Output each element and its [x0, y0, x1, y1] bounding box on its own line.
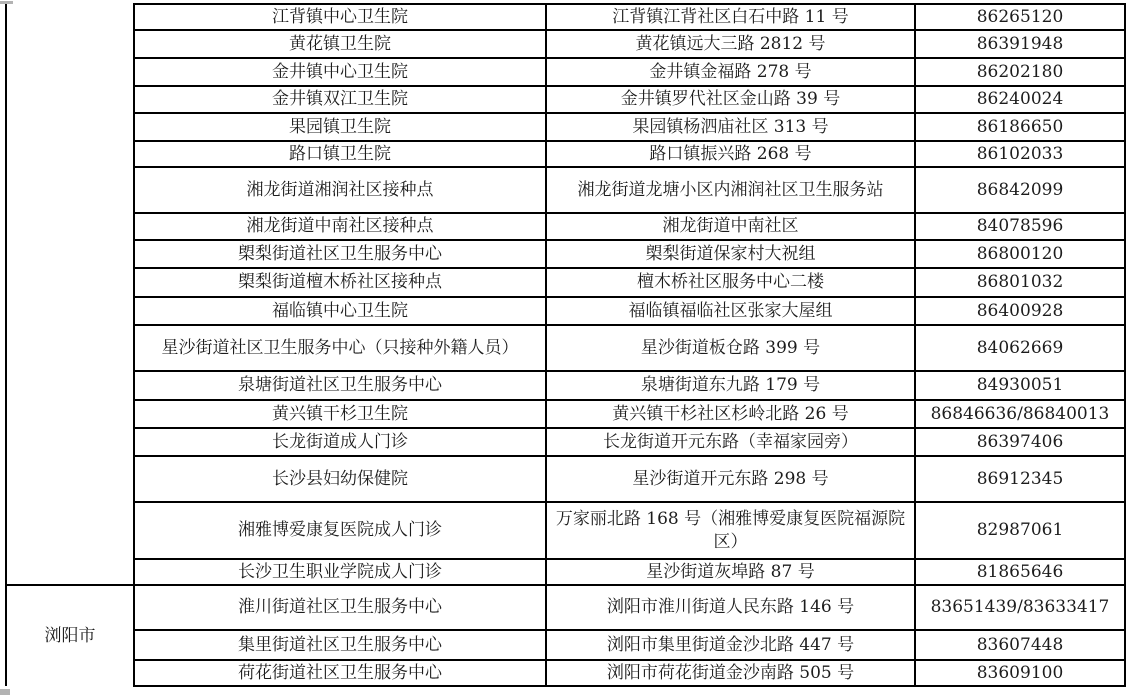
- site-name-cell: 湘雅博爱康复医院成人门诊: [134, 502, 546, 559]
- phone-cell: 86800120: [915, 240, 1125, 268]
- address-cell: 金井镇金福路 278 号: [546, 58, 915, 86]
- site-name-cell: 湘龙街道湘润社区接种点: [134, 167, 546, 213]
- site-name-cell: 果园镇卫生院: [134, 113, 546, 141]
- address-cell: 星沙街道板仓路 399 号: [546, 325, 915, 371]
- table-row: 路口镇卫生院路口镇振兴路 268 号86102033: [6, 141, 1125, 167]
- phone-cell: 86397406: [915, 428, 1125, 456]
- table-row: 金井镇中心卫生院金井镇金福路 278 号86202180: [6, 58, 1125, 86]
- site-name-cell: 路口镇卫生院: [134, 141, 546, 167]
- phone-cell: 86400928: [915, 297, 1125, 325]
- address-cell: 果园镇杨泗庙社区 313 号: [546, 113, 915, 141]
- table-row: 湘龙街道湘润社区接种点湘龙街道龙塘小区内湘润社区卫生服务站86842099: [6, 167, 1125, 213]
- address-cell: 黄花镇远大三路 2812 号: [546, 30, 915, 58]
- phone-cell: 81865646: [915, 559, 1125, 585]
- site-name-cell: 㮾梨街道社区卫生服务中心: [134, 240, 546, 268]
- table-row: 㮾梨街道社区卫生服务中心㮾梨街道保家村大祝组86800120: [6, 240, 1125, 268]
- phone-cell: 86186650: [915, 113, 1125, 141]
- address-cell: 长龙街道开元东路（幸福家园旁）: [546, 428, 915, 456]
- address-cell: 金井镇罗代社区金山路 39 号: [546, 86, 915, 113]
- address-cell: 福临镇福临社区张家大屋组: [546, 297, 915, 325]
- city-cell: [6, 4, 134, 585]
- site-name-cell: 星沙街道社区卫生服务中心（只接种外籍人员）: [134, 325, 546, 371]
- table-row: 集里街道社区卫生服务中心浏阳市集里街道金沙北路 447 号83607448: [6, 630, 1125, 660]
- site-name-cell: 湘龙街道中南社区接种点: [134, 213, 546, 240]
- table-row: 荷花街道社区卫生服务中心浏阳市荷花街道金沙南路 505 号83609100: [6, 660, 1125, 686]
- phone-cell: 86801032: [915, 268, 1125, 297]
- address-cell: 万家丽北路 168 号（湘雅博爱康复医院福源院区）: [546, 502, 915, 559]
- phone-cell: 86102033: [915, 141, 1125, 167]
- address-cell: 星沙街道开元东路 298 号: [546, 456, 915, 502]
- phone-cell: 83651439/83633417: [915, 585, 1125, 630]
- site-name-cell: 福临镇中心卫生院: [134, 297, 546, 325]
- table-row: 泉塘街道社区卫生服务中心泉塘街道东九路 179 号84930051: [6, 371, 1125, 400]
- phone-cell: 86842099: [915, 167, 1125, 213]
- address-cell: 湘龙街道中南社区: [546, 213, 915, 240]
- table-row: 金井镇双江卫生院金井镇罗代社区金山路 39 号86240024: [6, 86, 1125, 113]
- address-cell: 黄兴镇干杉社区杉岭北路 26 号: [546, 400, 915, 428]
- site-name-cell: 泉塘街道社区卫生服务中心: [134, 371, 546, 400]
- phone-cell: 86265120: [915, 4, 1125, 30]
- site-name-cell: 江背镇中心卫生院: [134, 4, 546, 30]
- city-cell: 浏阳市: [6, 585, 134, 686]
- address-cell: 湘龙街道龙塘小区内湘润社区卫生服务站: [546, 167, 915, 213]
- table-row: 湘龙街道中南社区接种点湘龙街道中南社区84078596: [6, 213, 1125, 240]
- address-cell: 浏阳市荷花街道金沙南路 505 号: [546, 660, 915, 686]
- table-row: 福临镇中心卫生院福临镇福临社区张家大屋组86400928: [6, 297, 1125, 325]
- site-name-cell: 黄花镇卫生院: [134, 30, 546, 58]
- address-cell: 浏阳市集里街道金沙北路 447 号: [546, 630, 915, 660]
- table-row: 㮾梨街道檀木桥社区接种点檀木桥社区服务中心二楼86801032: [6, 268, 1125, 297]
- table-row: 江背镇中心卫生院江背镇江背社区白石中路 11 号86265120: [6, 4, 1125, 30]
- document-page: 江背镇中心卫生院江背镇江背社区白石中路 11 号86265120黄花镇卫生院黄花…: [0, 0, 1130, 695]
- site-name-cell: 长龙街道成人门诊: [134, 428, 546, 456]
- site-name-cell: 荷花街道社区卫生服务中心: [134, 660, 546, 686]
- phone-cell: 86846636/86840013: [915, 400, 1125, 428]
- phone-cell: 86912345: [915, 456, 1125, 502]
- site-name-cell: 黄兴镇干杉卫生院: [134, 400, 546, 428]
- phone-cell: 82987061: [915, 502, 1125, 559]
- phone-cell: 84062669: [915, 325, 1125, 371]
- phone-cell: 84930051: [915, 371, 1125, 400]
- phone-cell: 86391948: [915, 30, 1125, 58]
- address-cell: 泉塘街道东九路 179 号: [546, 371, 915, 400]
- table-row: 长沙县妇幼保健院星沙街道开元东路 298 号86912345: [6, 456, 1125, 502]
- site-name-cell: 㮾梨街道檀木桥社区接种点: [134, 268, 546, 297]
- address-cell: 檀木桥社区服务中心二楼: [546, 268, 915, 297]
- site-name-cell: 淮川街道社区卫生服务中心: [134, 585, 546, 630]
- phone-cell: 86240024: [915, 86, 1125, 113]
- site-name-cell: 金井镇中心卫生院: [134, 58, 546, 86]
- page-bottom-mark: [0, 689, 10, 695]
- address-cell: 江背镇江背社区白石中路 11 号: [546, 4, 915, 30]
- table-row: 浏阳市淮川街道社区卫生服务中心浏阳市淮川街道人民东路 146 号83651439…: [6, 585, 1125, 630]
- address-cell: 星沙街道灰埠路 87 号: [546, 559, 915, 585]
- phone-cell: 84078596: [915, 213, 1125, 240]
- table-row: 长沙卫生职业学院成人门诊星沙街道灰埠路 87 号81865646: [6, 559, 1125, 585]
- address-cell: 路口镇振兴路 268 号: [546, 141, 915, 167]
- phone-cell: 83607448: [915, 630, 1125, 660]
- site-name-cell: 金井镇双江卫生院: [134, 86, 546, 113]
- address-cell: 浏阳市淮川街道人民东路 146 号: [546, 585, 915, 630]
- table-row: 湘雅博爱康复医院成人门诊万家丽北路 168 号（湘雅博爱康复医院福源院区）829…: [6, 502, 1125, 559]
- site-name-cell: 长沙卫生职业学院成人门诊: [134, 559, 546, 585]
- vaccination-sites-table: 江背镇中心卫生院江背镇江背社区白石中路 11 号86265120黄花镇卫生院黄花…: [5, 3, 1126, 687]
- table-row: 黄兴镇干杉卫生院黄兴镇干杉社区杉岭北路 26 号86846636/8684001…: [6, 400, 1125, 428]
- table-row: 长龙街道成人门诊长龙街道开元东路（幸福家园旁）86397406: [6, 428, 1125, 456]
- site-name-cell: 集里街道社区卫生服务中心: [134, 630, 546, 660]
- phone-cell: 83609100: [915, 660, 1125, 686]
- address-cell: 㮾梨街道保家村大祝组: [546, 240, 915, 268]
- site-name-cell: 长沙县妇幼保健院: [134, 456, 546, 502]
- phone-cell: 86202180: [915, 58, 1125, 86]
- table-row: 果园镇卫生院果园镇杨泗庙社区 313 号86186650: [6, 113, 1125, 141]
- table-row: 黄花镇卫生院黄花镇远大三路 2812 号86391948: [6, 30, 1125, 58]
- table-row: 星沙街道社区卫生服务中心（只接种外籍人员）星沙街道板仓路 399 号840626…: [6, 325, 1125, 371]
